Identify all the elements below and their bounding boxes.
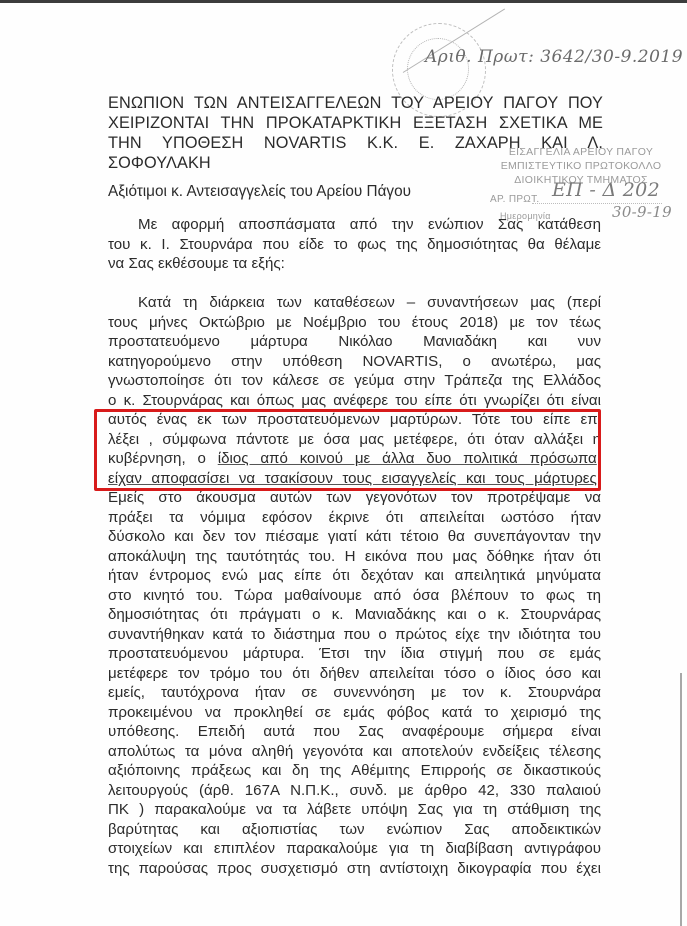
heading-line: ΕΝΩΠΙΟΝ ΤΩΝ ΑΝΤΕΙΣΑΓΓΕΛΕΩΝ ΤΟΥ ΑΡΕΙΟΥ ΠΑ… [108, 93, 603, 113]
text-segment: , [597, 450, 601, 467]
scan-edge-line [680, 673, 682, 926]
protocol-stamp: ΕΙΣΑΓΓΕΛΙΑ ΑΡΕΙΟΥ ΠΑΓΟΥ ΕΜΠΙΣΤΕΥΤΙΚΟ ΠΡΩ… [476, 145, 686, 225]
text-line: Με αφορμή αποσπάσματα από την ενώπιον Σα… [108, 215, 601, 235]
text-line: της παρούσας προς συσχετισμό στη αντίστο… [108, 859, 601, 879]
text-line: αποκάλυψη της ταυτότητάς του. Η εικόνα π… [108, 547, 601, 567]
stamp-line: ΕΜΠΙΣΤΕΥΤΙΚΟ ΠΡΩΤΟΚΟΛΛΟ [476, 159, 686, 173]
text-line: στο κινητό του. Τώρα μαθαίνουμε από όσα … [108, 586, 601, 606]
text-line: ΠΚ ) παρακαλούμε να τα λάβετε υπόψη Σας … [108, 800, 601, 820]
underlined-text: ίδιος από κοινού με άλλα δυο πολιτικά πρ… [218, 450, 597, 467]
highlighted-text-line: αυτός ένας εκ των προστατευόμενων μαρτύρ… [108, 410, 601, 430]
text-line: γνωστοποίησε ότι τον κάλεσε σε γεύμα στη… [108, 371, 601, 391]
stamp-number-value: ΕΠ - Δ 202 [552, 183, 660, 197]
text-line: υπόθεσης. Επειδή αυτά που Σας αναφέρουμε… [108, 722, 601, 742]
text-line: του κ. Ι. Στουρνάρα που είδε το φως της … [108, 235, 601, 255]
text-line: συναντήθηκαν κατά το διάστημα που ο πρώτ… [108, 625, 601, 645]
text-line: Κατά τη διάρκεια των καταθέσεων – συναντ… [108, 293, 601, 313]
text-line: αξιόποινης πράξεως και δη της Αθέμιτης Ε… [108, 761, 601, 781]
text-line: να Σας εκθέσουμε τα εξής: [108, 254, 601, 274]
stamp-date-value: 30-9-19 [612, 205, 672, 219]
text-line: δημοσιότητας ότι πράγματι ο κ. Μανιαδάκη… [108, 605, 601, 625]
text-line: λειτουργούς (άρθ. 167Α Ν.Π.Κ., συνδ. με … [108, 781, 601, 801]
text-line: προστατευόμενου μάρτυρα. Έτσι την ίδια σ… [108, 644, 601, 664]
text-line: ήταν έντρομος ενώ μας είπε ότι δεχόταν κ… [108, 566, 601, 586]
text-line: δύσκολο και δεν τον πιέσαμε γιατί κάτι τ… [108, 527, 601, 547]
stamp-number-label: ΑΡ. ΠΡΩΤ. [490, 193, 539, 207]
text-line: βαρύτητας και αξιοπιστίας των ενώπιον Σα… [108, 820, 601, 840]
salutation: Αξιότιμοι κ. Αντεισαγγελείς του Αρείου Π… [108, 183, 411, 201]
stamp-line: ΕΙΣΑΓΓΕΛΙΑ ΑΡΕΙΟΥ ΠΑΓΟΥ [476, 145, 686, 159]
text-line: απολύτως τα μόνα αληθή γεγονότα και αποτ… [108, 742, 601, 762]
underlined-text: είχαν αποφασίσει να τσακίσουν τους εισαγ… [108, 470, 597, 487]
handwritten-protocol-reference: Αριθ. Πρωτ: 3642/30-9.2019 [425, 47, 683, 67]
heading-line: ΧΕΙΡΙΖΟΝΤΑΙ ΤΗΝ ΠΡΟΚΑΤΑΡΚΤΙΚΗ ΕΞΕΤΑΣΗ ΣΧ… [108, 113, 603, 133]
text-segment: . [597, 470, 601, 487]
paragraph-main: Κατά τη διάρκεια των καταθέσεων – συναντ… [108, 293, 601, 878]
text-line: προστατευόμενο μάρτυρα Νικόλαο Μανιαδάκη… [108, 332, 601, 352]
text-line: εμείς, ταυτόχρονα ήταν σε συνεννόηση με … [108, 683, 601, 703]
text-line: στοιχείων και επιπλέον παρακαλούμε για τ… [108, 839, 601, 859]
highlighted-text-line: λέξει , σύμφωνα πάντοτε με όσα μας μετέφ… [108, 430, 601, 450]
text-line: ο κ. Στουρνάρας και όπως μας ανέφερε του… [108, 391, 601, 411]
text-line: μετέφερε τον τρόμο του ότι δήθεν απειλεί… [108, 664, 601, 684]
text-segment: κυβέρνηση, ο [108, 450, 218, 467]
highlighted-text-line: κυβέρνηση, ο ίδιος από κοινού με άλλα δυ… [108, 449, 601, 469]
paragraph-intro: Με αφορμή αποσπάσματα από την ενώπιον Σα… [108, 215, 601, 274]
text-line: Εμείς στο άκουσμα αυτών των γεγονότων το… [108, 488, 601, 508]
text-line: πράξει τα νόμιμα εφόσον έκρινε ότι απειλ… [108, 508, 601, 528]
scanned-document-page: Αριθ. Πρωτ: 3642/30-9.2019 ΕΝΩΠΙΟΝ ΤΩΝ Α… [0, 3, 687, 926]
text-line: κατηγορούμενο στην υπόθεση NOVARTIS, ο α… [108, 352, 601, 372]
text-line: τους μήνες Οκτώβριο με Νοέμβριο του έτου… [108, 313, 601, 333]
text-line: προκειμένου να προκληθεί σε εμάς φόβος κ… [108, 703, 601, 723]
highlighted-text-line: είχαν αποφασίσει να τσακίσουν τους εισαγ… [108, 469, 601, 489]
